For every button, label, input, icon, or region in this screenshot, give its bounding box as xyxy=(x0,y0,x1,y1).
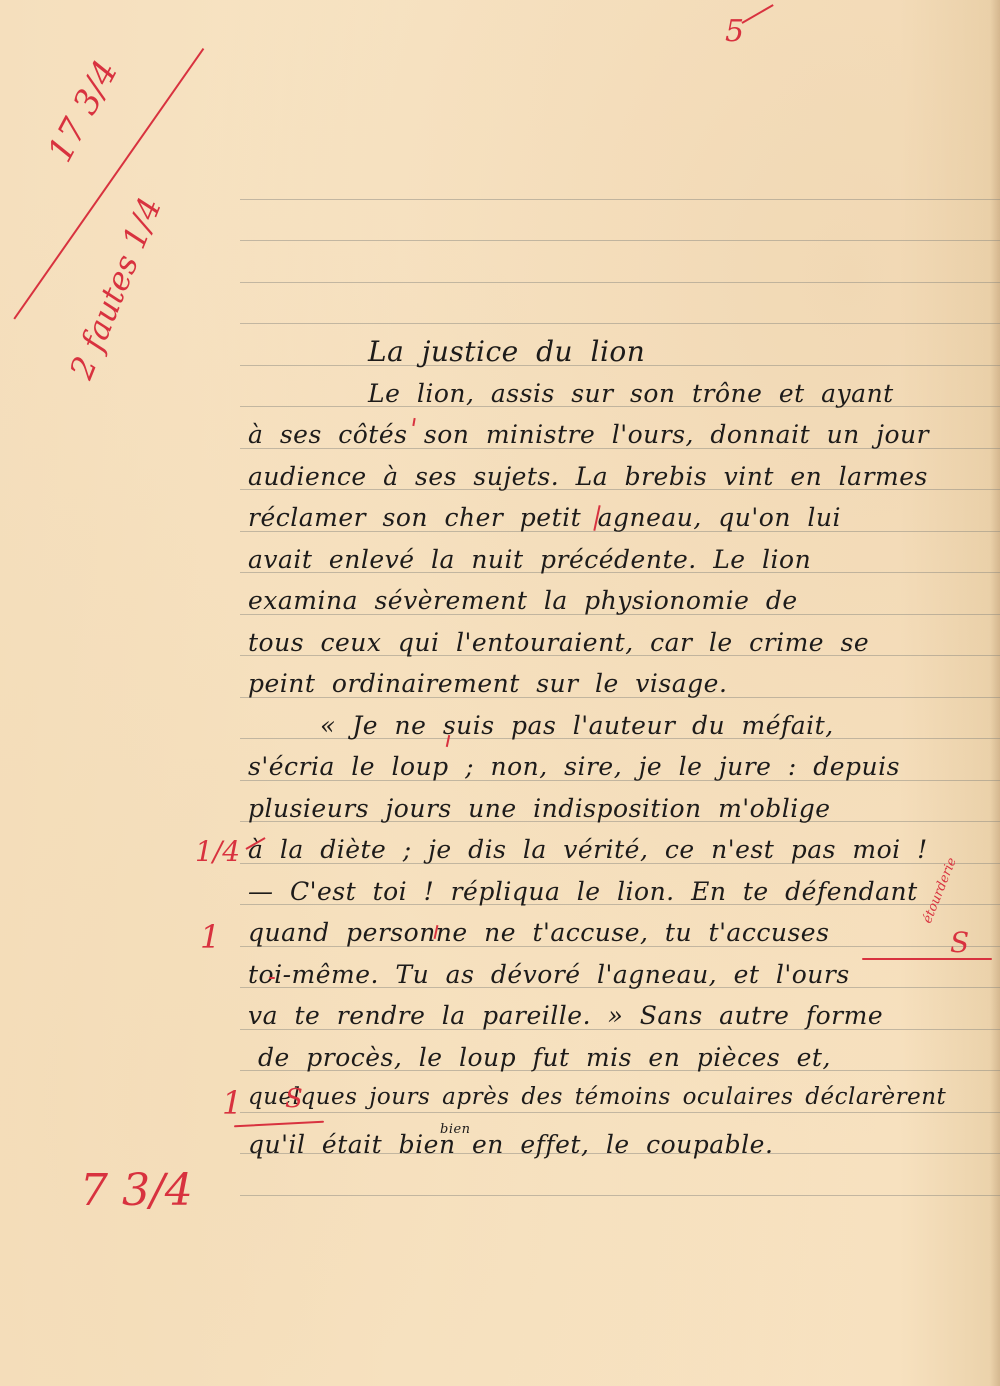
text-line: quand personne ne t'accuse, tu t'accuses xyxy=(248,918,829,947)
text-line: s'écria le loup ; non, sire, je le jure … xyxy=(248,752,900,781)
correction-hyphen xyxy=(269,977,275,979)
text-line: va te rendre la pareille. » Sans autre f… xyxy=(248,1001,883,1030)
inserted-word: bien xyxy=(440,1122,471,1137)
document-title: La justice du lion xyxy=(368,335,645,368)
grade-top: 17 3/4 xyxy=(40,54,126,169)
text-line: qu'il était bien en effet, le coupable. xyxy=(248,1130,773,1159)
text-line: tous ceux qui l'entouraient, car le crim… xyxy=(248,628,869,657)
margin-mark-one: 1 xyxy=(200,918,220,956)
text-line: audience à ses sujets. La brebis vint en… xyxy=(248,462,928,491)
rule-line xyxy=(240,240,1000,241)
fautes-note: 2 fautes 1/4 xyxy=(62,192,169,384)
correction-underline xyxy=(862,958,992,960)
correction-margin-word: étourderie xyxy=(920,856,960,926)
rule-line xyxy=(240,323,1000,324)
rule-line xyxy=(240,1195,1000,1196)
correction-underline xyxy=(234,1121,324,1128)
text-line: Le lion, assis sur son trône et ayant xyxy=(368,379,894,408)
text-line: — C'est toi ! répliqua le lion. En te dé… xyxy=(248,877,918,906)
text-line: quelques jours après des témoins oculair… xyxy=(248,1084,946,1110)
rule-line xyxy=(240,1112,1000,1113)
correction-s-quelques: S xyxy=(285,1084,303,1114)
text-line: toi-même. Tu as dévoré l'agneau, et l'ou… xyxy=(248,960,850,989)
text-line: à ses côtés son ministre l'ours, donnait… xyxy=(248,420,929,449)
grade-bottom: 7 3/4 xyxy=(80,1165,193,1216)
page-number: 5 xyxy=(725,14,744,49)
text-line: « Je ne suis pas l'auteur du méfait, xyxy=(320,711,834,740)
correction-s-accuses: S xyxy=(950,926,969,959)
text-line: examina sévèrement la physionomie de xyxy=(248,586,798,615)
text-line: de procès, le loup fut mis en pièces et, xyxy=(258,1043,831,1072)
text-line: peint ordinairement sur le visage. xyxy=(248,669,727,698)
text-line: à la diète ; je dis la vérité, ce n'est … xyxy=(248,835,928,864)
paper-page: 5 17 3/4 2 fautes 1/4 La justice du lion… xyxy=(0,0,1000,1386)
text-line: réclamer son cher petit agneau, qu'on lu… xyxy=(248,503,841,532)
margin-mark-one: 1 xyxy=(222,1084,242,1122)
page-edge-shadow xyxy=(990,0,1000,1386)
margin-mark-quarter: 1/4 xyxy=(195,835,240,868)
rule-line xyxy=(240,199,1000,200)
rule-line xyxy=(240,282,1000,283)
text-line: plusieurs jours une indisposition m'obli… xyxy=(248,794,831,823)
page-number-flourish xyxy=(742,4,774,24)
text-line: avait enlevé la nuit précédente. Le lion xyxy=(248,545,811,574)
